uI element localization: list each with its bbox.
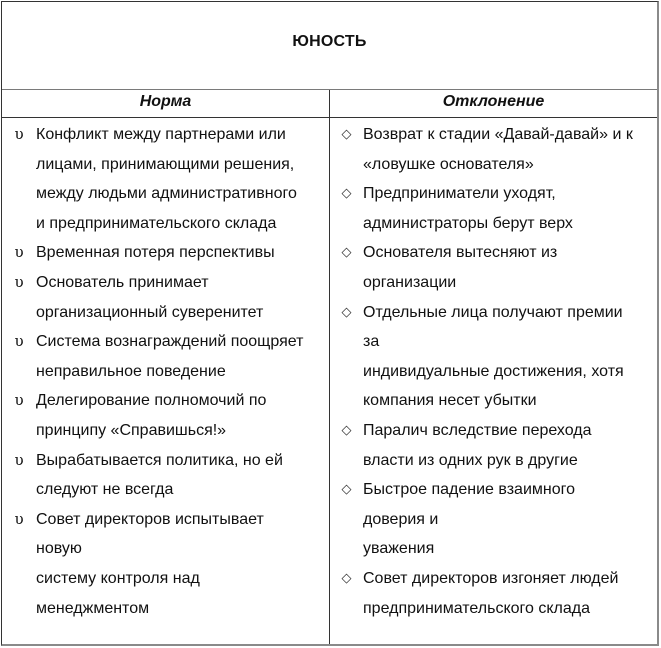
deviation-list-item: ◇Быстрое падение взаимного доверия и ува…: [330, 475, 657, 564]
norm-item-text: Делегирование полномочий по принципу «Сп…: [36, 386, 329, 445]
deviation-list: ◇Возврат к стадии «Давай-давай» и к «лов…: [330, 120, 657, 623]
diamond-bullet-icon: ◇: [330, 238, 363, 297]
upsilon-bullet-icon: υ: [2, 327, 36, 386]
norm-item-text: Совет директоров испытывает новую систем…: [36, 505, 329, 623]
deviation-list-item: ◇Возврат к стадии «Давай-давай» и к «лов…: [330, 120, 657, 179]
upsilon-bullet-icon: υ: [2, 505, 36, 623]
norm-item-text: Временная потеря перспективы: [36, 238, 329, 268]
norm-list-item: υВременная потеря перспективы: [2, 238, 329, 268]
norm-item-text: Вырабатывается политика, но ей следуют н…: [36, 446, 329, 505]
deviation-item-text: Паралич вследствие перехода власти из од…: [363, 416, 657, 475]
body-row: υКонфликт между партнерами или лицами, п…: [2, 118, 657, 644]
deviation-item-text: Отдельные лица получают премии за индиви…: [363, 298, 657, 416]
deviation-list-item: ◇Основателя вытесняют из организации: [330, 238, 657, 297]
norm-list-item: υСовет директоров испытывает новую систе…: [2, 505, 329, 623]
column-header-norm: Норма: [2, 90, 330, 117]
deviation-item-text: Совет директоров изгоняет людей предприн…: [363, 564, 657, 623]
diamond-bullet-icon: ◇: [330, 120, 363, 179]
upsilon-bullet-icon: υ: [2, 446, 36, 505]
table-title: ЮНОСТЬ: [292, 33, 366, 51]
deviation-list-item: ◇Совет директоров изгоняет людей предпри…: [330, 564, 657, 623]
norm-list-item: υКонфликт между партнерами или лицами, п…: [2, 120, 329, 238]
deviation-column: ◇Возврат к стадии «Давай-давай» и к «лов…: [330, 118, 657, 644]
upsilon-bullet-icon: υ: [2, 120, 36, 238]
deviation-list-item: ◇Предприниматели уходят, администраторы …: [330, 179, 657, 238]
norm-list-item: υДелегирование полномочий по принципу «С…: [2, 386, 329, 445]
norm-item-text: Система вознаграждений поощряет неправил…: [36, 327, 329, 386]
upsilon-bullet-icon: υ: [2, 268, 36, 327]
deviation-list-item: ◇Паралич вследствие перехода власти из о…: [330, 416, 657, 475]
diamond-bullet-icon: ◇: [330, 416, 363, 475]
header-row: Норма Отклонение: [2, 90, 657, 118]
norm-item-text: Конфликт между партнерами или лицами, пр…: [36, 120, 329, 238]
diamond-bullet-icon: ◇: [330, 564, 363, 623]
upsilon-bullet-icon: υ: [2, 238, 36, 268]
norm-list-item: υВырабатывается политика, но ей следуют …: [2, 446, 329, 505]
column-header-deviation: Отклонение: [330, 90, 657, 117]
youth-stage-table: ЮНОСТЬ Норма Отклонение υКонфликт между …: [1, 1, 659, 646]
norm-list-item: υСистема вознаграждений поощряет неправи…: [2, 327, 329, 386]
deviation-item-text: Основателя вытесняют из организации: [363, 238, 657, 297]
deviation-item-text: Быстрое падение взаимного доверия и уваж…: [363, 475, 657, 564]
deviation-item-text: Предприниматели уходят, администраторы б…: [363, 179, 657, 238]
upsilon-bullet-icon: υ: [2, 386, 36, 445]
norm-list: υКонфликт между партнерами или лицами, п…: [2, 120, 329, 623]
deviation-list-item: ◇Отдельные лица получают премии за индив…: [330, 298, 657, 416]
norm-column: υКонфликт между партнерами или лицами, п…: [2, 118, 330, 644]
title-row: ЮНОСТЬ: [2, 2, 657, 90]
norm-item-text: Основатель принимает организационный сув…: [36, 268, 329, 327]
deviation-item-text: Возврат к стадии «Давай-давай» и к «лову…: [363, 120, 657, 179]
diamond-bullet-icon: ◇: [330, 179, 363, 238]
diamond-bullet-icon: ◇: [330, 475, 363, 564]
norm-list-item: υОснователь принимает организационный су…: [2, 268, 329, 327]
diamond-bullet-icon: ◇: [330, 298, 363, 416]
